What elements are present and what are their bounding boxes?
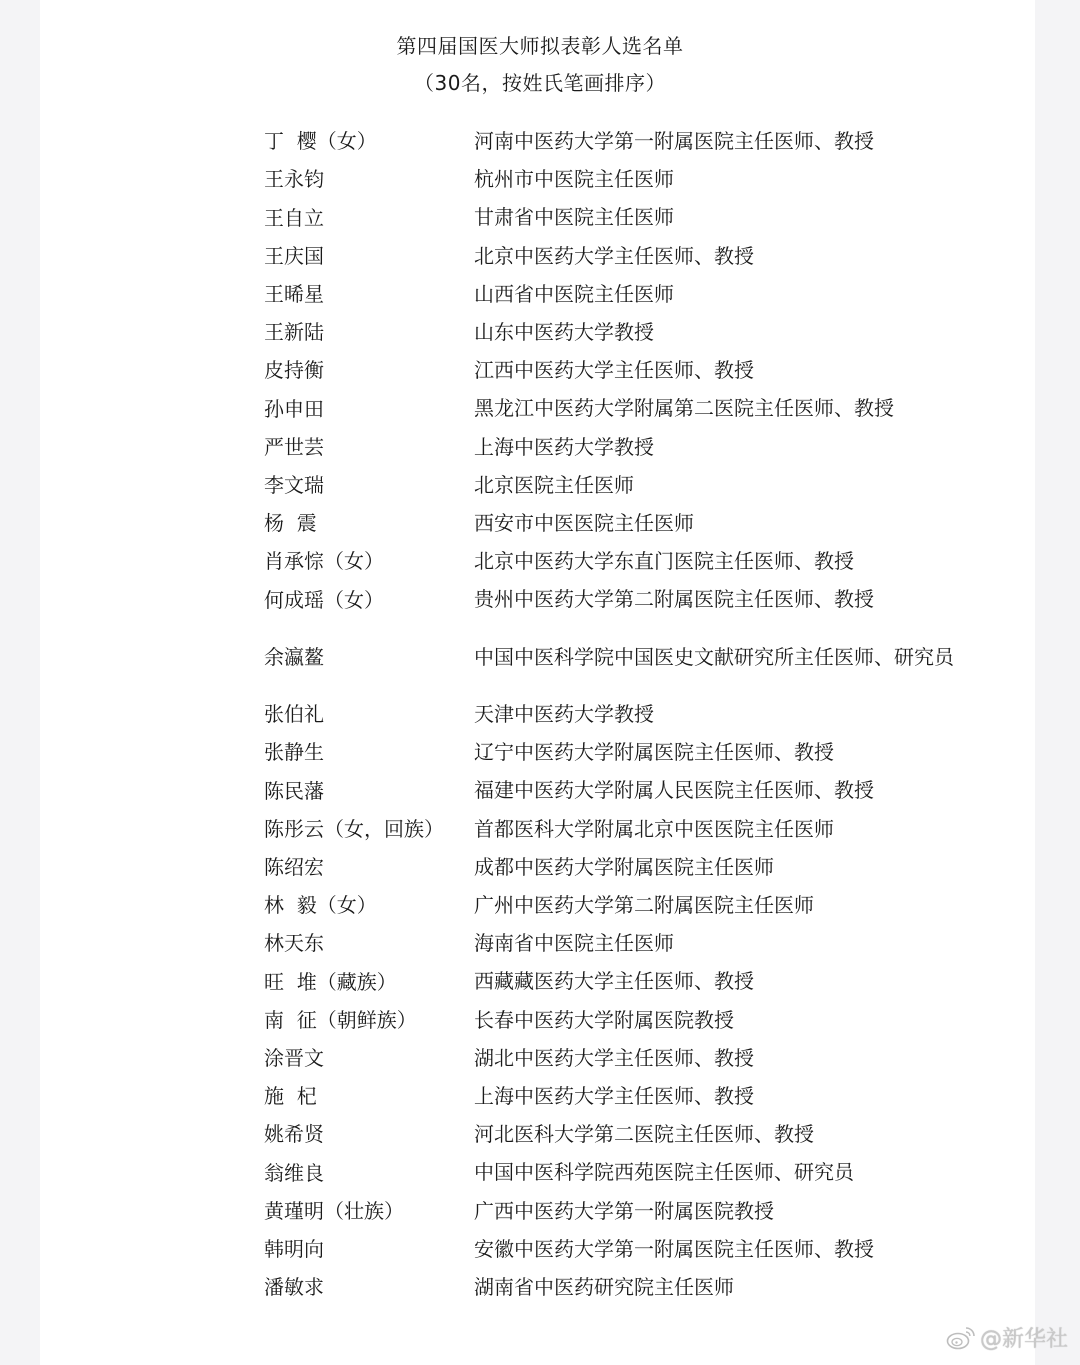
nominee-institution: 广州中医药大学第二附属医院主任医师 — [474, 886, 964, 924]
nominee-name: 王自立 — [264, 199, 474, 237]
list-item: 皮持衡江西中医药大学主任医师、教授 — [264, 351, 984, 389]
nominee-name: 林 毅（女） — [264, 886, 474, 924]
list-item: 张静生辽宁中医药大学附属医院主任医师、教授 — [264, 733, 984, 771]
weibo-icon — [946, 1325, 976, 1351]
nominee-name: 陈民藩 — [264, 772, 474, 810]
list-item: 李文瑞北京医院主任医师 — [264, 466, 984, 504]
nominee-name: 黄瑾明（壮族） — [264, 1192, 474, 1230]
nominee-name: 翁维良 — [264, 1154, 474, 1192]
nominee-name: 旺 堆（藏族） — [264, 963, 474, 1001]
nominee-name: 王新陆 — [264, 313, 474, 351]
nominee-name: 潘敏求 — [264, 1268, 474, 1306]
nominee-institution: 河北医科大学第二医院主任医师、教授 — [474, 1115, 964, 1153]
nominee-institution: 中国中医科学院中国医史文献研究所主任医师、研究员 — [474, 638, 964, 676]
list-item: 林 毅（女）广州中医药大学第二附属医院主任医师 — [264, 886, 984, 924]
nominee-institution: 西安市中医医院主任医师 — [474, 504, 964, 542]
list-item: 翁维良中国中医科学院西苑医院主任医师、研究员 — [264, 1153, 984, 1191]
list-item: 旺 堆（藏族）西藏藏医药大学主任医师、教授 — [264, 962, 984, 1000]
nominee-name: 张静生 — [264, 733, 474, 771]
nominee-institution: 北京医院主任医师 — [474, 466, 964, 504]
nominee-institution: 江西中医药大学主任医师、教授 — [474, 351, 964, 389]
nominee-institution: 河南中医药大学第一附属医院主任医师、教授 — [474, 122, 964, 160]
nominee-name: 施 杞 — [264, 1077, 474, 1115]
list-item: 肖承悰（女）北京中医药大学东直门医院主任医师、教授 — [264, 542, 984, 580]
nominee-institution: 海南省中医院主任医师 — [474, 924, 964, 962]
list-item: 黄瑾明（壮族）广西中医药大学第一附属医院教授 — [264, 1192, 984, 1230]
nominee-institution: 甘肃省中医院主任医师 — [474, 198, 964, 236]
list-item: 王晞星山西省中医院主任医师 — [264, 275, 984, 313]
list-item: 杨 震西安市中医医院主任医师 — [264, 504, 984, 542]
nominee-name: 皮持衡 — [264, 351, 474, 389]
nominee-name: 王庆国 — [264, 237, 474, 275]
watermark: @新华社 — [946, 1322, 1068, 1353]
nominee-institution: 贵州中医药大学第二附属医院主任医师、教授 — [474, 580, 964, 618]
list-item: 涂晋文湖北中医药大学主任医师、教授 — [264, 1039, 984, 1077]
list-item: 王庆国北京中医药大学主任医师、教授 — [264, 237, 984, 275]
nominee-name: 丁 樱（女） — [264, 122, 474, 160]
nominee-institution: 北京中医药大学主任医师、教授 — [474, 237, 964, 275]
nominee-institution: 西藏藏医药大学主任医师、教授 — [474, 962, 964, 1000]
list-item: 王新陆山东中医药大学教授 — [264, 313, 984, 351]
nominee-institution: 成都中医药大学附属医院主任医师 — [474, 848, 964, 886]
nominee-list: 丁 樱（女）河南中医药大学第一附属医院主任医师、教授 王永钧杭州市中医院主任医师… — [264, 122, 984, 1306]
document-title: 第四届国医大师拟表彰人选名单 — [0, 34, 1080, 58]
list-item: 张伯礼天津中医药大学教授 — [264, 695, 984, 733]
nominee-name: 韩明向 — [264, 1230, 474, 1268]
nominee-institution: 首都医科大学附属北京中医医院主任医师 — [474, 810, 964, 848]
nominee-name: 姚希贤 — [264, 1115, 474, 1153]
nominee-institution: 安徽中医药大学第一附属医院主任医师、教授 — [474, 1230, 964, 1268]
list-item: 丁 樱（女）河南中医药大学第一附属医院主任医师、教授 — [264, 122, 984, 160]
list-item: 林天东海南省中医院主任医师 — [264, 924, 984, 962]
nominee-institution: 辽宁中医药大学附属医院主任医师、教授 — [474, 733, 964, 771]
list-item: 韩明向安徽中医药大学第一附属医院主任医师、教授 — [264, 1230, 984, 1268]
nominee-name: 肖承悰（女） — [264, 542, 474, 580]
nominee-institution: 天津中医药大学教授 — [474, 695, 964, 733]
list-item: 潘敏求湖南省中医药研究院主任医师 — [264, 1268, 984, 1306]
nominee-name: 陈绍宏 — [264, 848, 474, 886]
nominee-name: 涂晋文 — [264, 1039, 474, 1077]
nominee-name: 余瀛鳌 — [264, 638, 474, 676]
nominee-name: 李文瑞 — [264, 466, 474, 504]
list-item: 陈绍宏成都中医药大学附属医院主任医师 — [264, 848, 984, 886]
list-item: 陈彤云（女，回族）首都医科大学附属北京中医医院主任医师 — [264, 810, 984, 848]
document-subtitle: （30名，按姓氏笔画排序） — [0, 71, 1080, 95]
nominee-institution: 广西中医药大学第一附属医院教授 — [474, 1192, 964, 1230]
nominee-institution: 山东中医药大学教授 — [474, 313, 964, 351]
list-item: 陈民藩福建中医药大学附属人民医院主任医师、教授 — [264, 771, 984, 809]
list-item: 南 征（朝鲜族）长春中医药大学附属医院教授 — [264, 1001, 984, 1039]
nominee-institution: 山西省中医院主任医师 — [474, 275, 964, 313]
nominee-institution: 上海中医药大学主任医师、教授 — [474, 1077, 964, 1115]
nominee-institution: 北京中医药大学东直门医院主任医师、教授 — [474, 542, 964, 580]
list-item: 何成瑶（女）贵州中医药大学第二附属医院主任医师、教授 — [264, 580, 984, 618]
nominee-institution: 湖北中医药大学主任医师、教授 — [474, 1039, 964, 1077]
nominee-institution: 福建中医药大学附属人民医院主任医师、教授 — [474, 771, 964, 809]
nominee-name: 何成瑶（女） — [264, 581, 474, 619]
nominee-name: 张伯礼 — [264, 695, 474, 733]
list-item: 严世芸上海中医药大学教授 — [264, 428, 984, 466]
nominee-institution: 长春中医药大学附属医院教授 — [474, 1001, 964, 1039]
nominee-name: 南 征（朝鲜族） — [264, 1001, 474, 1039]
nominee-institution: 湖南省中医药研究院主任医师 — [474, 1268, 964, 1306]
list-item: 余瀛鳌中国中医科学院中国医史文献研究所主任医师、研究员 — [264, 619, 984, 695]
nominee-name: 王永钧 — [264, 160, 474, 198]
list-item: 王永钧杭州市中医院主任医师 — [264, 160, 984, 198]
list-item: 施 杞上海中医药大学主任医师、教授 — [264, 1077, 984, 1115]
nominee-name: 杨 震 — [264, 504, 474, 542]
nominee-institution: 上海中医药大学教授 — [474, 428, 964, 466]
nominee-name: 王晞星 — [264, 275, 474, 313]
nominee-name: 林天东 — [264, 924, 474, 962]
watermark-text: @新华社 — [980, 1322, 1068, 1353]
nominee-institution: 中国中医科学院西苑医院主任医师、研究员 — [474, 1153, 964, 1191]
nominee-institution: 杭州市中医院主任医师 — [474, 160, 964, 198]
nominee-institution: 黑龙江中医药大学附属第二医院主任医师、教授 — [474, 389, 964, 427]
nominee-name: 孙申田 — [264, 390, 474, 428]
list-item: 姚希贤河北医科大学第二医院主任医师、教授 — [264, 1115, 984, 1153]
nominee-name: 陈彤云（女，回族） — [264, 810, 474, 848]
list-item: 孙申田黑龙江中医药大学附属第二医院主任医师、教授 — [264, 389, 984, 427]
nominee-name: 严世芸 — [264, 428, 474, 466]
list-item: 王自立甘肃省中医院主任医师 — [264, 198, 984, 236]
